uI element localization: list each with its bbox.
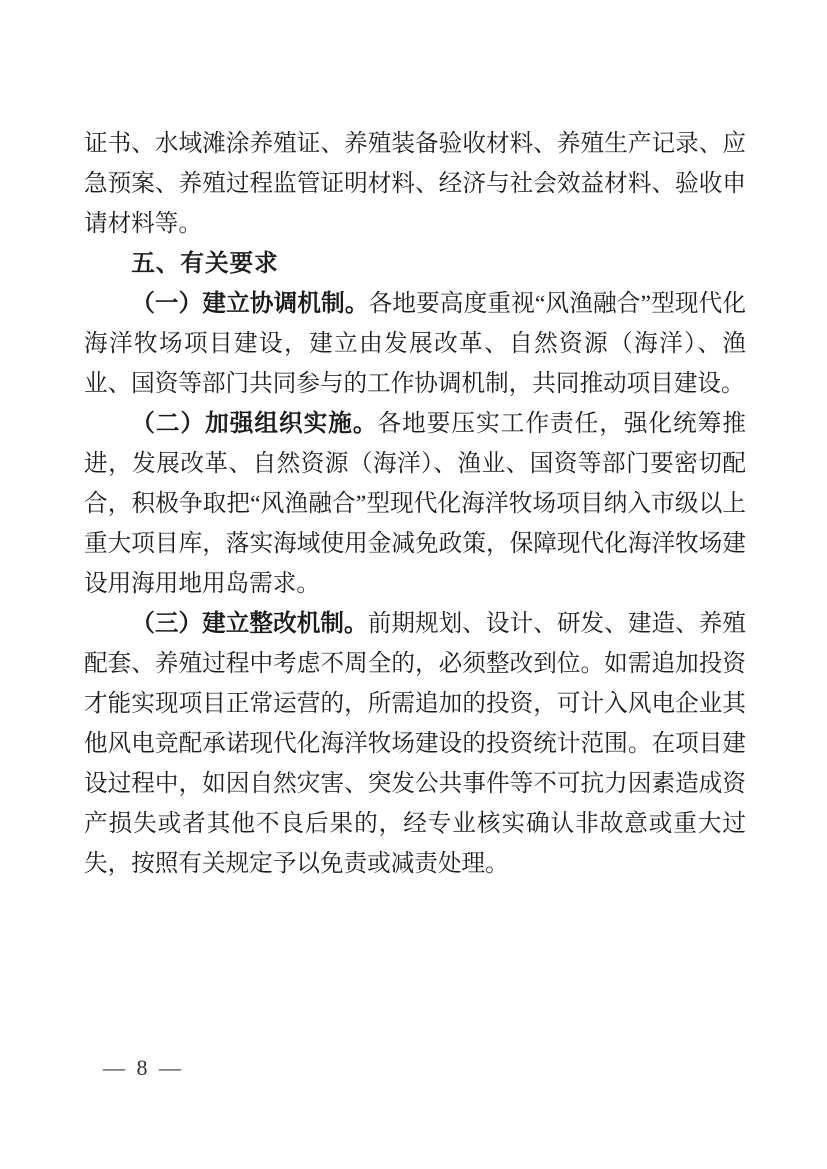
item-2-text: 各地要压实工作责任，强化统筹推进，发展改革、自然资源（海洋）、渔业、国资等部门要… [84, 411, 746, 597]
document-page: 证书、水域滩涂养殖证、养殖装备验收材料、养殖生产记录、应急预案、养殖过程监管证明… [0, 0, 827, 1169]
item-3-lead: （三）建立整改机制。 [131, 611, 368, 637]
item-2-lead: （二）加强组织实施。 [131, 411, 377, 437]
item-paragraph-3: （三）建立整改机制。前期规划、设计、研发、建造、养殖配套、养殖过程中考虑不周全的… [84, 604, 746, 884]
item-3-text: 前期规划、设计、研发、建造、养殖配套、养殖过程中考虑不周全的，必须整改到位。如需… [84, 611, 746, 877]
continuation-paragraph: 证书、水域滩涂养殖证、养殖装备验收材料、养殖生产记录、应急预案、养殖过程监管证明… [84, 124, 746, 244]
item-1-lead: （一）建立协调机制。 [131, 291, 368, 317]
item-paragraph-1: （一）建立协调机制。各地要高度重视“风渔融合”型现代化海洋牧场项目建设，建立由发… [84, 284, 746, 404]
item-paragraph-2: （二）加强组织实施。各地要压实工作责任，强化统筹推进，发展改革、自然资源（海洋）… [84, 404, 746, 604]
section-heading: 五、有关要求 [84, 244, 746, 284]
page-number: — 8 — [103, 1055, 184, 1081]
document-body: 证书、水域滩涂养殖证、养殖装备验收材料、养殖生产记录、应急预案、养殖过程监管证明… [84, 124, 746, 884]
